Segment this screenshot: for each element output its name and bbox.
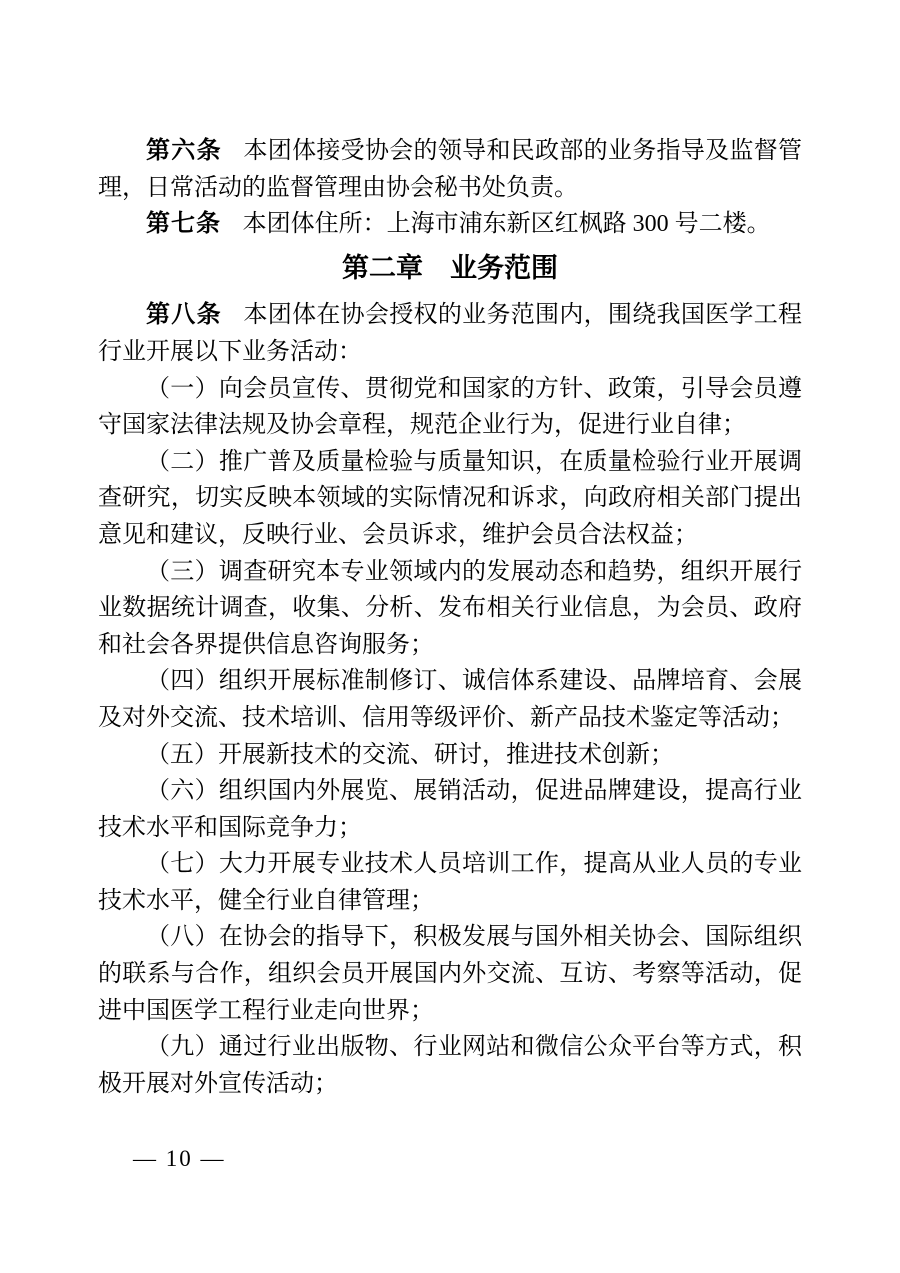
chapter-2-heading: 第二章 业务范围 [98,250,802,287]
business-item-7: （七）大力开展专业技术人员培训工作，提高从业人员的专业技术水平，健全行业自律管理… [98,846,802,919]
article-6-label: 第六条 [146,138,222,164]
page-number: — 10 — [133,1146,226,1171]
article-8-label: 第八条 [146,302,222,328]
business-item-2: （二）推广普及质量检验与质量知识，在质量检验行业开展调查研究，切实反映本领域的实… [98,444,802,554]
article-7-label: 第七条 [146,211,221,237]
document-page: 第六条本团体接受协会的领导和民政部的业务指导及监督管理，日常活动的监督管理由协会… [0,0,900,1273]
document-content: 第六条本团体接受协会的领导和民政部的业务指导及监督管理，日常活动的监督管理由协会… [98,133,802,1102]
business-item-6: （六）组织国内外展览、展销活动，促进品牌建设，提高行业技术水平和国际竞争力； [98,773,802,846]
article-6-paragraph: 第六条本团体接受协会的领导和民政部的业务指导及监督管理，日常活动的监督管理由协会… [98,133,802,206]
business-item-4: （四）组织开展标准制修订、诚信体系建设、品牌培育、会展及对外交流、技术培训、信用… [98,663,802,736]
business-item-5: （五）开展新技术的交流、研讨，推进技术创新； [98,737,802,774]
article-8-paragraph: 第八条本团体在协会授权的业务范围内，围绕我国医学工程行业开展以下业务活动： [98,297,802,370]
page-footer: — 10 — [133,1146,226,1172]
business-item-3: （三）调查研究本专业领域内的发展动态和趋势，组织开展行业数据统计调查，收集、分析… [98,554,802,664]
article-7-text: 本团体住所：上海市浦东新区红枫路 300 号二楼。 [243,211,771,237]
article-7-paragraph: 第七条本团体住所：上海市浦东新区红枫路 300 号二楼。 [98,206,802,243]
business-item-1: （一）向会员宣传、贯彻党和国家的方针、政策，引导会员遵守国家法律法规及协会章程，… [98,371,802,444]
business-item-8: （八）在协会的指导下，积极发展与国外相关协会、国际组织的联系与合作，组织会员开展… [98,919,802,1029]
business-item-9: （九）通过行业出版物、行业网站和微信公众平台等方式，积极开展对外宣传活动； [98,1029,802,1102]
